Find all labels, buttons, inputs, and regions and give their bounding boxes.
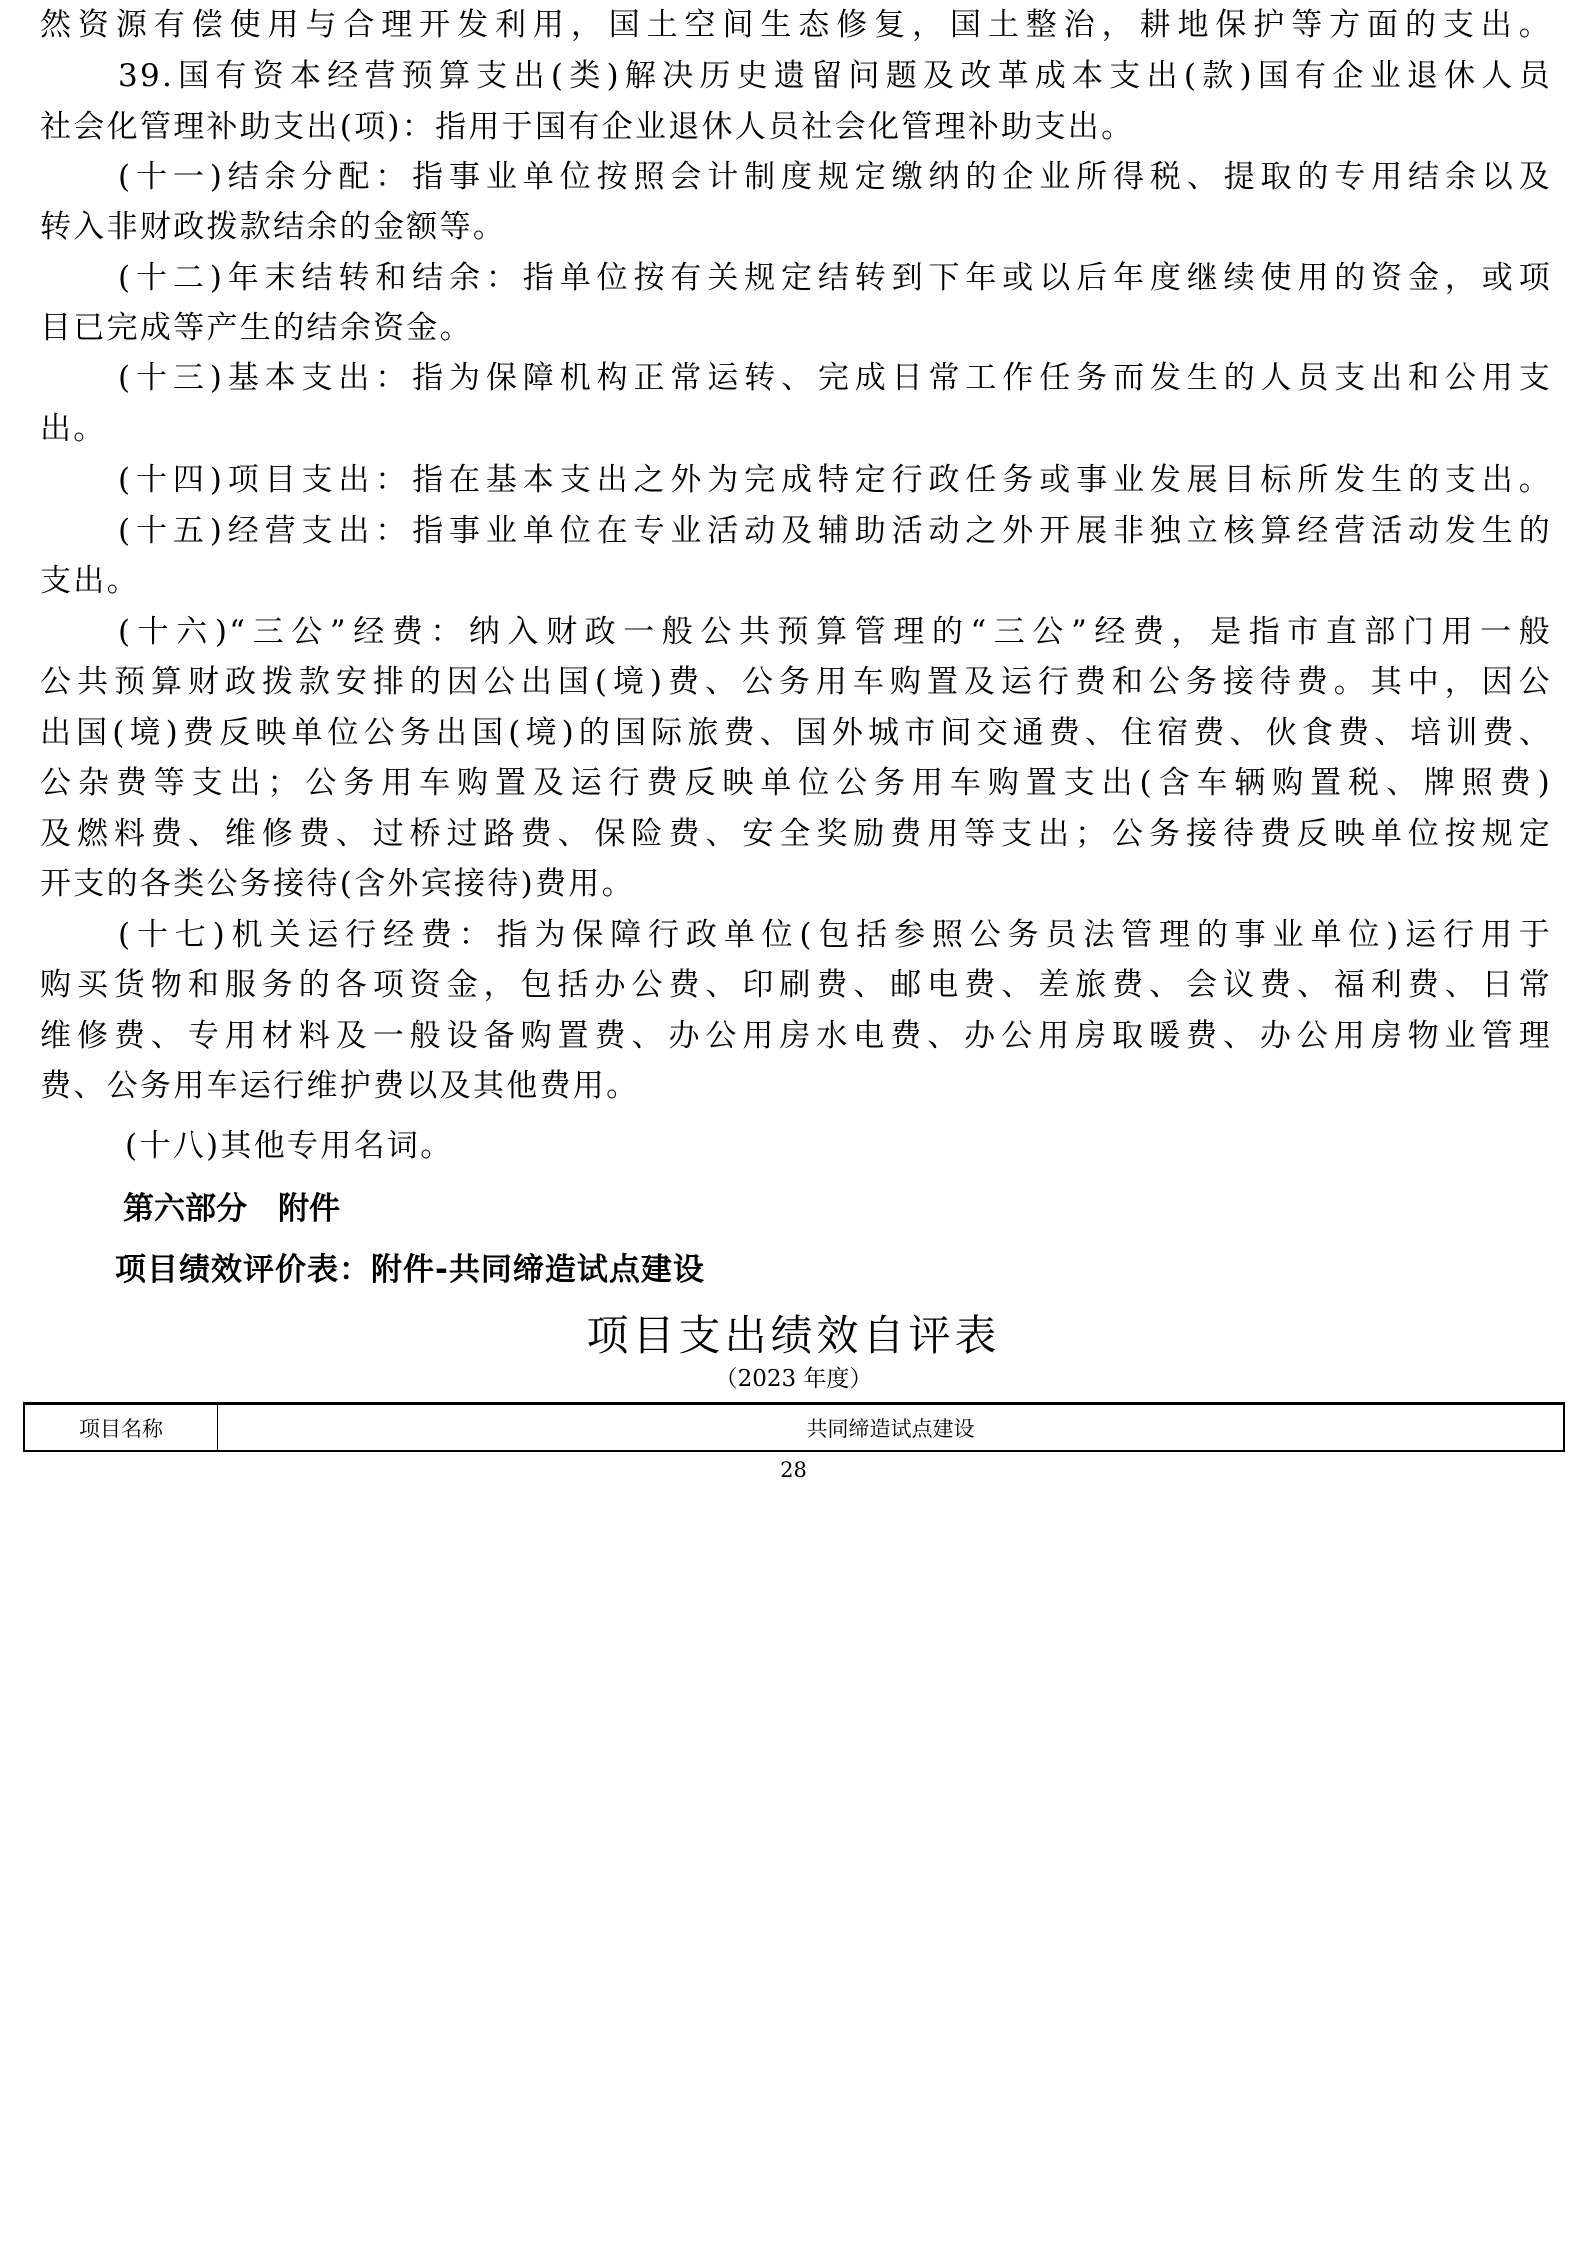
form-title: 项目支出绩效自评表	[0, 1311, 1587, 1361]
paragraph-line: 39.国有资本经营预算支出(类)解决历史遗留问题及改革成本支出(款)国有企业退休…	[118, 56, 1552, 96]
paragraph-line: 开支的各类公务接待(含外宾接待)费用。	[40, 864, 1552, 904]
paragraph-line: 出。	[40, 409, 1552, 449]
paragraph-line: 费、公务用车运行维护费以及其他费用。	[40, 1066, 1552, 1106]
paragraph-line: (十七)机关运行经费：指为保障行政单位(包括参照公务员法管理的事业单位)运行用于	[118, 915, 1552, 955]
paragraph-line: 目已完成等产生的结余资金。	[40, 308, 1552, 348]
paragraph-line: 公杂费等支出；公务用车购置及运行费反映单位公务用车购置支出(含车辆购置税、牌照费…	[40, 763, 1552, 803]
evaluation-table: 项目名称 共同缔造试点建设	[23, 1402, 1565, 1452]
paragraph-line: 支出。	[40, 561, 1552, 601]
paragraph-line: 出国(境)费反映单位公务出国(境)的国际旅费、国外城市间交通费、住宿费、伙食费、…	[40, 713, 1552, 753]
paragraph-line: 购买货物和服务的各项资金，包括办公费、印刷费、邮电费、差旅费、会议费、福利费、日…	[40, 965, 1552, 1005]
paragraph-line: (十二)年末结转和结余：指单位按有关规定结转到下年或以后年度继续使用的资金，或项	[118, 258, 1552, 298]
paragraph-line: (十四)项目支出：指在基本支出之外为完成特定行政任务或事业发展目标所发生的支出。	[118, 460, 1552, 500]
form-year: （2023 年度）	[0, 1364, 1587, 1394]
table-cell-label: 项目名称	[24, 1404, 218, 1452]
paragraph-line: 维修费、专用材料及一般设备购置费、办公用房水电费、办公用房取暖费、办公用房物业管…	[40, 1016, 1552, 1056]
paragraph-line: 转入非财政拨款结余的金额等。	[40, 207, 1552, 247]
paragraph-line: (十五)经营支出：指事业单位在专业活动及辅助活动之外开展非独立核算经营活动发生的	[118, 511, 1552, 551]
paragraph-line: (十八)其他专用名词。	[125, 1126, 1559, 1166]
paragraph-line: (十一)结余分配：指事业单位按照会计制度规定缴纳的企业所得税、提取的专用结余以及	[118, 157, 1552, 197]
table-row: 项目名称 共同缔造试点建设	[24, 1404, 1564, 1452]
paragraph-line: (十六)“三公”经费：纳入财政一般公共预算管理的“三公”经费，是指市直部门用一般	[118, 612, 1552, 652]
paragraph-line: 社会化管理补助支出(项)：指用于国有企业退休人员社会化管理补助支出。	[40, 107, 1552, 147]
paragraph-line: 及燃料费、维修费、过桥过路费、保险费、安全奖励费用等支出；公务接待费反映单位按规…	[40, 814, 1552, 854]
page-number: 28	[0, 1457, 1587, 1483]
paragraph-line: 公共预算财政拨款安排的因公出国(境)费、公务用车购置及运行费和公务接待费。其中，…	[40, 662, 1552, 702]
document-page: 然资源有偿使用与合理开发利用，国土空间生态修复，国土整治，耕地保护等方面的支出。…	[0, 0, 1587, 2245]
paragraph-line: (十三)基本支出：指为保障机构正常运转、完成日常工作任务而发生的人员支出和公用支	[118, 358, 1552, 398]
paragraph-line: 然资源有偿使用与合理开发利用，国土空间生态修复，国土整治，耕地保护等方面的支出。	[40, 5, 1552, 45]
section-heading: 第六部分 附件	[123, 1189, 340, 1229]
attachment-heading: 项目绩效评价表：附件-共同缔造试点建设	[115, 1250, 705, 1290]
table-cell-value: 共同缔造试点建设	[218, 1404, 1565, 1452]
